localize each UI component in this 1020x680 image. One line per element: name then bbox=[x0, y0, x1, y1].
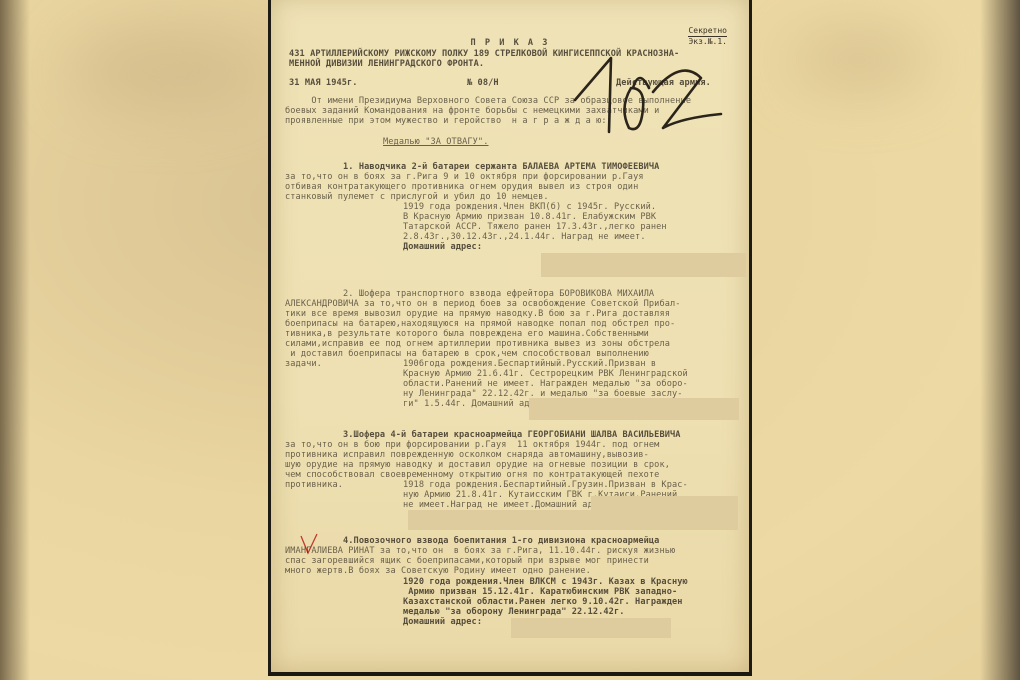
entry-text-line: противника исправил поврежденную осколко… bbox=[285, 450, 649, 460]
entry-text-line: станковый пулемет с прислугой и убил до … bbox=[285, 192, 549, 202]
entry-bio-line: Домашний адрес: bbox=[403, 617, 482, 627]
background-edge-left bbox=[0, 0, 30, 680]
entry-text-line: чем способствовал своевременному открыти… bbox=[285, 470, 659, 480]
entry-text-line: силами,исправив ее под огнем артиллерии … bbox=[285, 339, 670, 349]
entry-text-line: ИМАНГАЛИЕВА РИНАТ за то,что он в боях за… bbox=[285, 546, 675, 556]
entry-text-line: 1. Наводчика 2-й батареи сержанта БАЛАЕВ… bbox=[285, 162, 659, 172]
entry-text-line: задачи. bbox=[285, 359, 322, 369]
entry-text-line: 4.Повозочного взвода боепитания 1-го див… bbox=[285, 536, 659, 546]
entry-text-line: тивника,в результате которого была повре… bbox=[285, 329, 649, 339]
entry-bio-line: медалью "за оборону Ленинграда" 22.12.42… bbox=[403, 607, 625, 617]
entry-bio-line: 1906года рождения.Беспартийный.Русский.П… bbox=[403, 359, 656, 369]
entry-text-line: тики все время вывозил орудие на прямую … bbox=[285, 309, 670, 319]
entry-bio-line: области.Ранений не имеет. Награжден меда… bbox=[403, 379, 688, 389]
entry-text-line: много жертв.В боях за Советскую Родину и… bbox=[285, 566, 591, 576]
document-title: П Р И К А З bbox=[271, 38, 749, 48]
preamble-line-3: проявленные при этом мужество и геройств… bbox=[285, 116, 607, 126]
entry-bio-line: Татарской АССР. Тяжело ранен 17.3.43г.,л… bbox=[403, 222, 667, 232]
entry-text-line: боеприпасы на батарею,находящуюся на пря… bbox=[285, 319, 675, 329]
entry-text-line: отбивая контратакующего противника огнем… bbox=[285, 182, 638, 192]
order-date: 31 МАЯ 1945г. bbox=[289, 78, 358, 88]
entry-bio-line: Казахстанской области.Ранен легко 9.10.4… bbox=[403, 597, 683, 607]
order-document: Секретно Экз.№.1. П Р И К А З 431 АРТИЛЛ… bbox=[268, 0, 752, 676]
redacted-address bbox=[529, 398, 739, 420]
entry-bio-line: Красную Армию 21.6.41г. Сестрорецким РВК… bbox=[403, 369, 688, 379]
handwritten-number-187 bbox=[571, 48, 731, 134]
header-line-2: МЕННОЙ ДИВИЗИИ ЛЕНИНГРАДСКОГО ФРОНТА. bbox=[289, 59, 484, 69]
background-edge-right bbox=[980, 0, 1020, 680]
redacted-address bbox=[408, 510, 738, 530]
order-number: № 08/Н bbox=[467, 78, 499, 88]
redacted-address bbox=[511, 618, 671, 638]
background-shade bbox=[70, 30, 270, 110]
medal-heading: Медалью "ЗА ОТВАГУ". bbox=[383, 137, 488, 147]
redacted-address bbox=[541, 253, 746, 277]
entry-text-line: АЛЕКСАНДРОВИЧА за то,что он в период бое… bbox=[285, 299, 681, 309]
entry-bio-line: не имеет.Наград не имеет.Домашний адрес bbox=[403, 500, 609, 510]
entry-bio-line: Армию призван 15.12.41г. Каратюбинским Р… bbox=[403, 587, 677, 597]
entry-bio-line: 1918 года рождения.Беспартийный.Грузин.П… bbox=[403, 480, 688, 490]
entry-text-line: спас загоревшийся ящик с боеприпасами,ко… bbox=[285, 556, 649, 566]
entry-text-line: 2. Шофера транспортного взвода ефрейтора… bbox=[285, 289, 654, 299]
redacted-address bbox=[591, 496, 738, 512]
entry-bio-line: Домашний адрес: bbox=[403, 242, 482, 252]
entry-text-line: противника. bbox=[285, 480, 343, 490]
entry-text-line: и доставил боеприпасы на батарею в срок,… bbox=[285, 349, 649, 359]
entry-text-line: 3.Шофера 4-й батареи красноармейца ГЕОРГ… bbox=[285, 430, 681, 440]
entry-bio-line: 1920 года рождения.Член ВЛКСМ с 1943г. К… bbox=[403, 577, 688, 587]
entry-bio-line: 1919 года рождения.Член ВКП(б) с 1945г. … bbox=[403, 202, 656, 212]
classification-label: Секретно bbox=[688, 26, 727, 37]
entry-text-line: за то,что он в боях за г.Рига 9 и 10 окт… bbox=[285, 172, 644, 182]
entry-text-line: за то,что он в бою при форсировании р.Га… bbox=[285, 440, 659, 450]
entry-text-line: шую орудие на прямую наводку и доставил … bbox=[285, 460, 670, 470]
entry-bio-line: 2.8.43г.,30.12.43г.,24.1.44г. Наград не … bbox=[403, 232, 646, 242]
entry-bio-line: В Красную Армию призван 10.8.41г. Елабуж… bbox=[403, 212, 656, 222]
background-shade bbox=[790, 30, 930, 90]
